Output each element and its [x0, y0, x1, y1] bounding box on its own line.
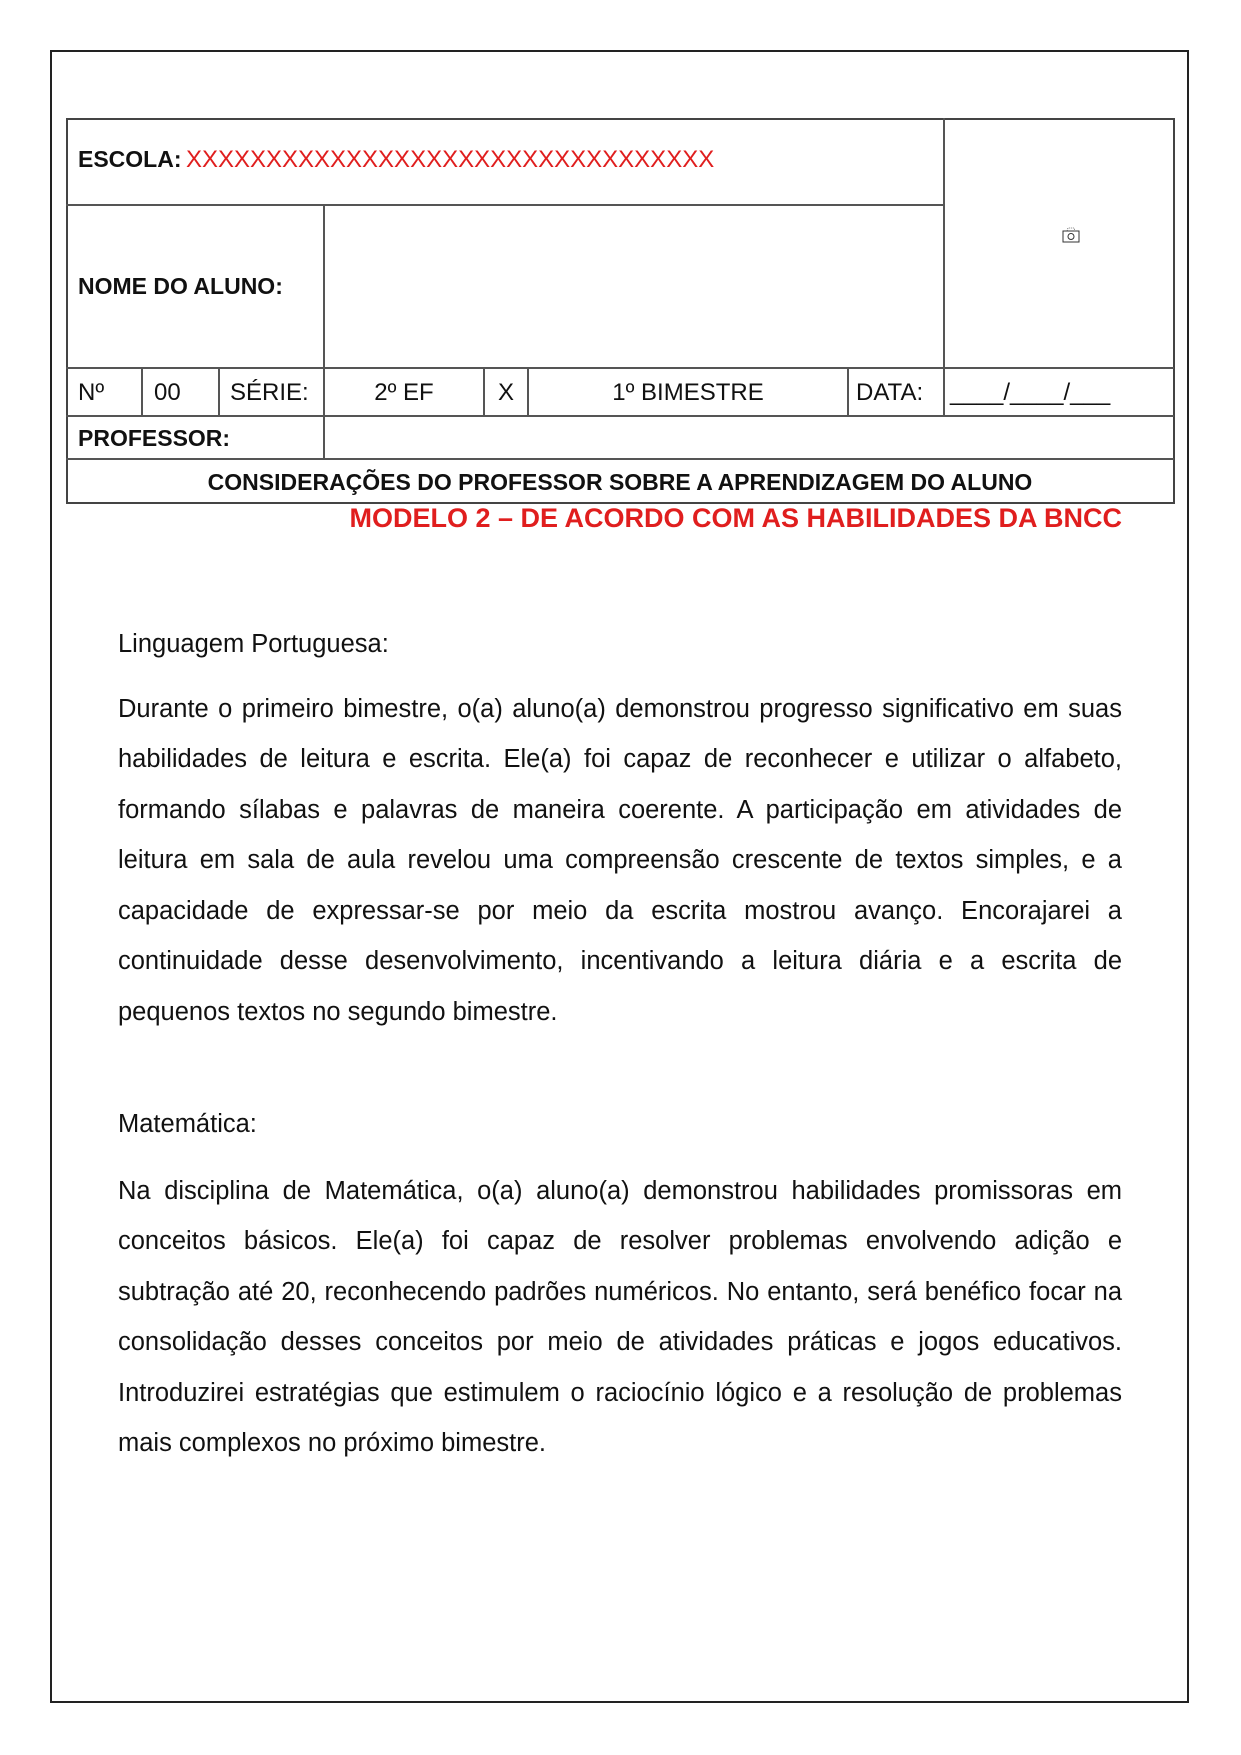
bimestre-mark[interactable]: X	[485, 379, 527, 407]
section-title: Matemática:	[118, 1099, 1122, 1150]
numero-label: Nº	[78, 379, 104, 407]
consideracoes-heading: CONSIDERAÇÕES DO PROFESSOR SOBRE A APREN…	[66, 469, 1174, 496]
serie-label: SÉRIE:	[230, 379, 309, 407]
section-paragraph: Durante o primeiro bimestre, o(a) aluno(…	[118, 684, 1122, 1038]
image-placeholder-icon	[1062, 226, 1080, 244]
section-matematica: Matemática: Na disciplina de Matemática,…	[118, 1099, 1122, 1469]
divider	[847, 367, 849, 416]
section-paragraph: Na disciplina de Matemática, o(a) aluno(…	[118, 1166, 1122, 1469]
nome-input[interactable]	[325, 206, 943, 367]
escola-label: ESCOLA:	[78, 146, 182, 172]
section-portugues: Linguagem Portuguesa: Durante o primeiro…	[118, 619, 1122, 1037]
professor-input[interactable]	[325, 417, 1173, 458]
data-label: DATA:	[856, 379, 923, 407]
numero-value[interactable]: 00	[154, 379, 181, 407]
modelo-title: MODELO 2 – DE ACORDO COM AS HABILIDADES …	[349, 503, 1122, 534]
divider	[66, 458, 1174, 460]
serie-value[interactable]: 2º EF	[325, 379, 483, 407]
divider	[141, 367, 143, 416]
divider	[66, 367, 1174, 369]
escola-value[interactable]: XXXXXXXXXXXXXXXXXXXXXXXXXXXXXXXXX	[186, 146, 714, 173]
section-title: Linguagem Portuguesa:	[118, 619, 1122, 670]
professor-label: PROFESSOR:	[78, 425, 230, 452]
escola-field: ESCOLA: XXXXXXXXXXXXXXXXXXXXXXXXXXXXXXXX…	[78, 146, 714, 174]
data-value[interactable]: ____/____/___	[950, 379, 1110, 407]
nome-label: NOME DO ALUNO:	[78, 273, 283, 300]
divider	[218, 367, 220, 416]
bimestre-label: 1º BIMESTRE	[529, 379, 847, 407]
divider	[943, 118, 945, 416]
